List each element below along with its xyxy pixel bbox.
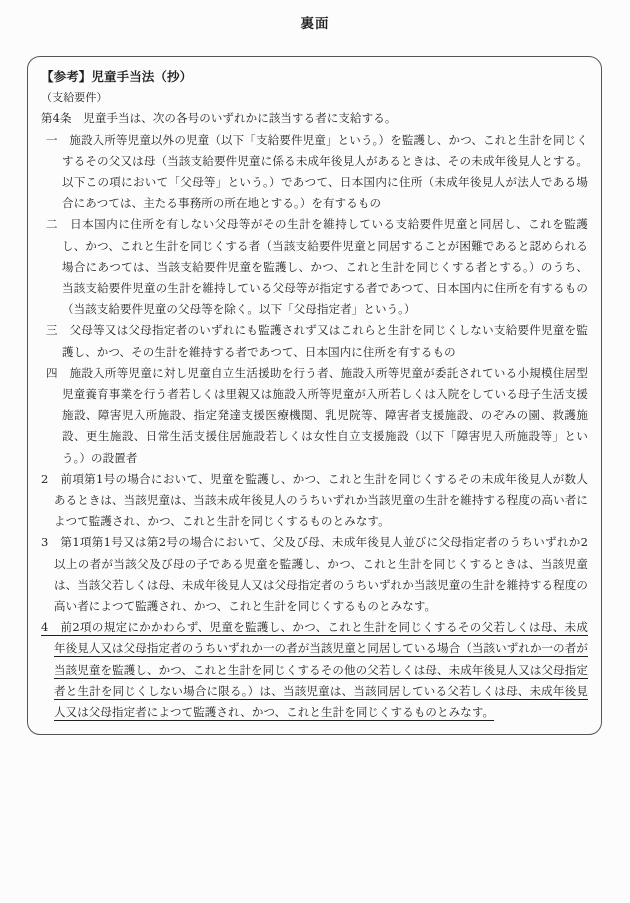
article-4-item-4: 四 施設入所等児童に対し児童自立生活援助を行う者、施設入所等児童が委託されている… bbox=[41, 363, 588, 469]
document-page: 裏面 【参考】児童手当法（抄） （支給要件） 第4条 児童手当は、次の各号のいず… bbox=[0, 0, 630, 903]
article-4-item-1: 一 施設入所等児童以外の児童（以下「支給要件児童」という。）を監護し、かつ、これ… bbox=[41, 130, 588, 215]
page-title: 裏面 bbox=[0, 12, 630, 32]
article-4-item-3: 三 父母等又は父母指定者のいずれにも監護されず又はこれらと生計を同じくしない支給… bbox=[41, 320, 588, 362]
law-reference-box: 【参考】児童手当法（抄） （支給要件） 第4条 児童手当は、次の各号のいずれかに… bbox=[27, 56, 602, 735]
section-note: （支給要件） bbox=[41, 87, 588, 108]
article-4-paragraph-2: 2 前項第1号の場合において、児童を監護し、かつ、これと生計を同じくするその未成… bbox=[41, 469, 588, 533]
article-4-paragraph-3: 3 第1項第1号又は第2号の場合において、父及び母、未成年後見人並びに父母指定者… bbox=[41, 532, 588, 617]
law-box-heading: 【参考】児童手当法（抄） bbox=[41, 66, 588, 87]
article-4-item-2: 二 日本国内に住所を有しない父母等がその生計を維持している支給要件児童と同居し、… bbox=[41, 214, 588, 320]
article-4-intro: 第4条 児童手当は、次の各号のいずれかに該当する者に支給する。 bbox=[41, 108, 588, 129]
article-4-paragraph-4-underlined: 4 前2項の規定にかかわらず、児童を監護し、かつ、これと生計を同じくするその父若… bbox=[41, 617, 588, 723]
